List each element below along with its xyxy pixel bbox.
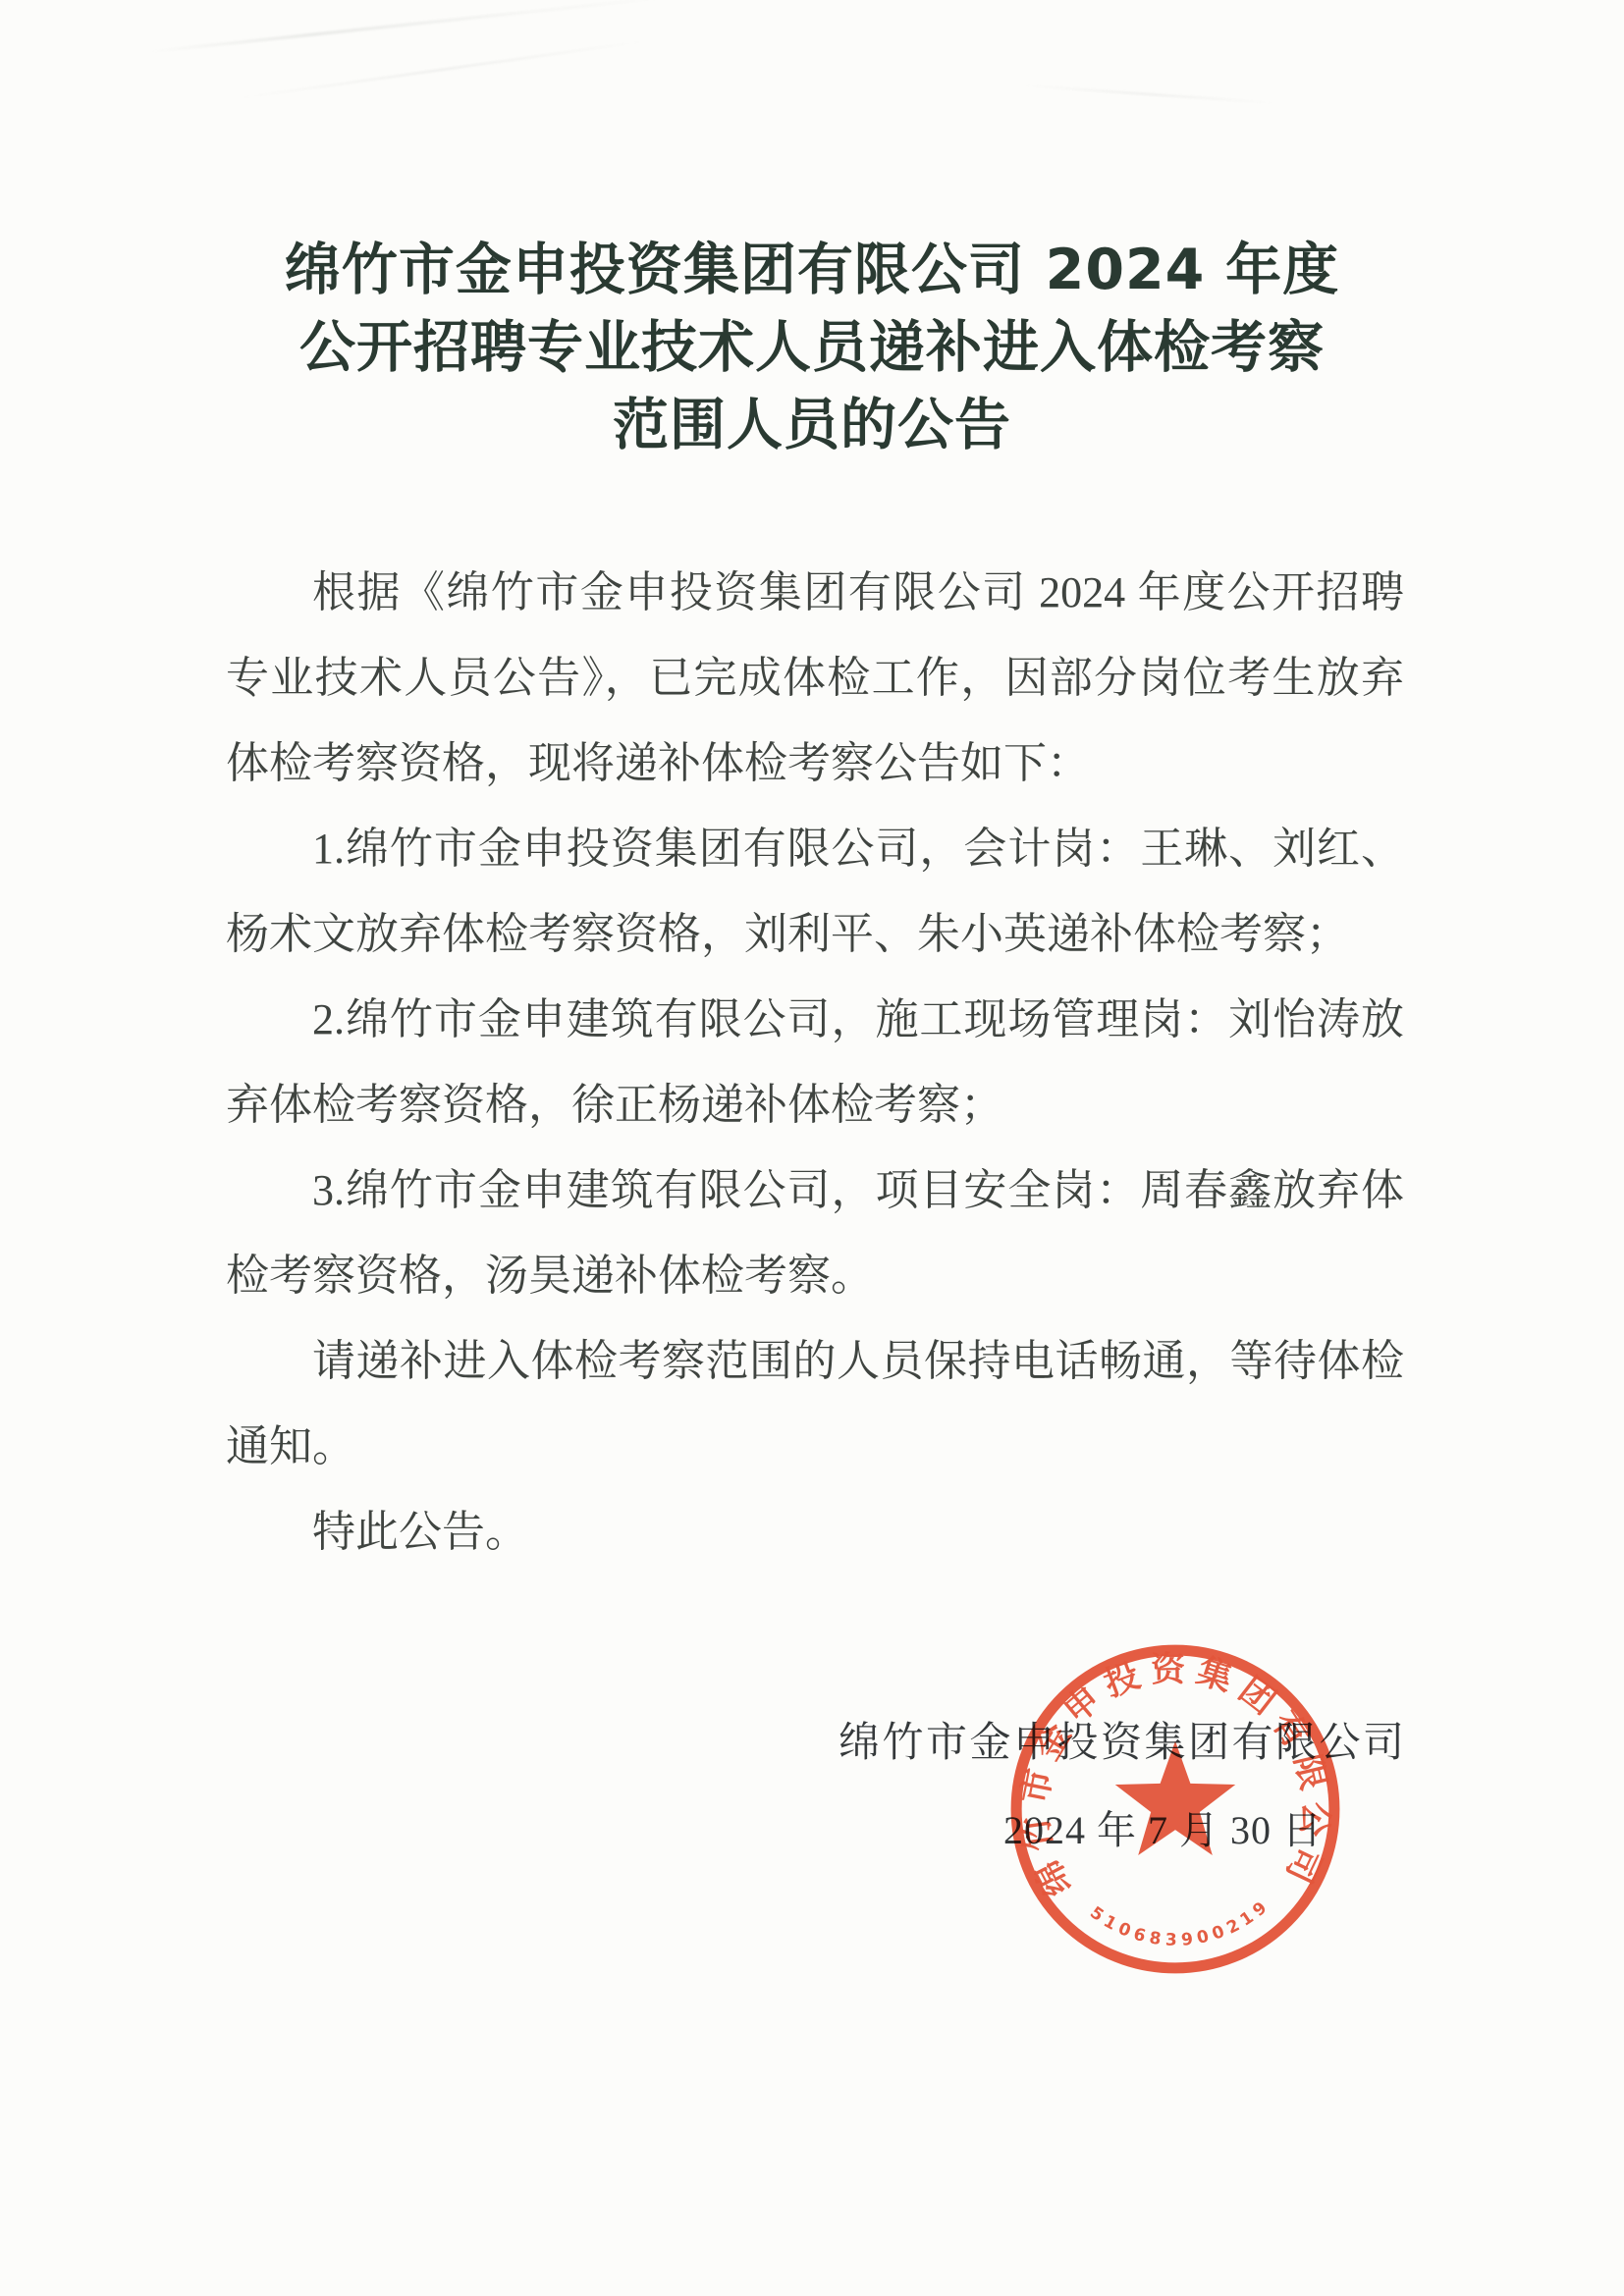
official-seal: 绵竹市金申投资集团有限公司 5106839002194 — [998, 1631, 1353, 1987]
body-paragraph-closing: 特此公告。 — [226, 1489, 1404, 1575]
scan-streak — [148, 0, 695, 53]
body-paragraph-notice: 请递补进入体检考察范围的人员保持电话畅通，等待体检通知。 — [226, 1318, 1404, 1489]
star-icon — [1115, 1741, 1235, 1855]
body-paragraph-item-1: 1.绵竹市金申投资集团有限公司，会计岗：王琳、刘红、杨术文放弃体检考察资格，刘利… — [226, 806, 1404, 977]
scan-streak — [238, 40, 646, 99]
document-page: 绵竹市金申投资集团有限公司 2024 年度 公开招聘专业技术人员递补进入体检考察… — [0, 0, 1624, 2296]
title-line-1: 绵竹市金申投资集团有限公司 2024 年度 — [0, 232, 1624, 309]
body-paragraph-intro: 根据《绵竹市金申投资集团有限公司 2024 年度公开招聘专业技术人员公告》，已完… — [226, 550, 1404, 806]
document-title: 绵竹市金申投资集团有限公司 2024 年度 公开招聘专业技术人员递补进入体检考察… — [0, 232, 1624, 464]
body-paragraph-item-3: 3.绵竹市金申建筑有限公司，项目安全岗：周春鑫放弃体检考察资格，汤昊递补体检考察… — [226, 1148, 1404, 1318]
title-line-3: 范围人员的公告 — [0, 387, 1624, 464]
scan-streak — [1021, 84, 1276, 104]
title-line-2: 公开招聘专业技术人员递补进入体检考察 — [0, 309, 1624, 387]
document-body: 根据《绵竹市金申投资集团有限公司 2024 年度公开招聘专业技术人员公告》，已完… — [226, 550, 1404, 1575]
body-paragraph-item-2: 2.绵竹市金申建筑有限公司，施工现场管理岗：刘怡涛放弃体检考察资格，徐正杨递补体… — [226, 977, 1404, 1148]
